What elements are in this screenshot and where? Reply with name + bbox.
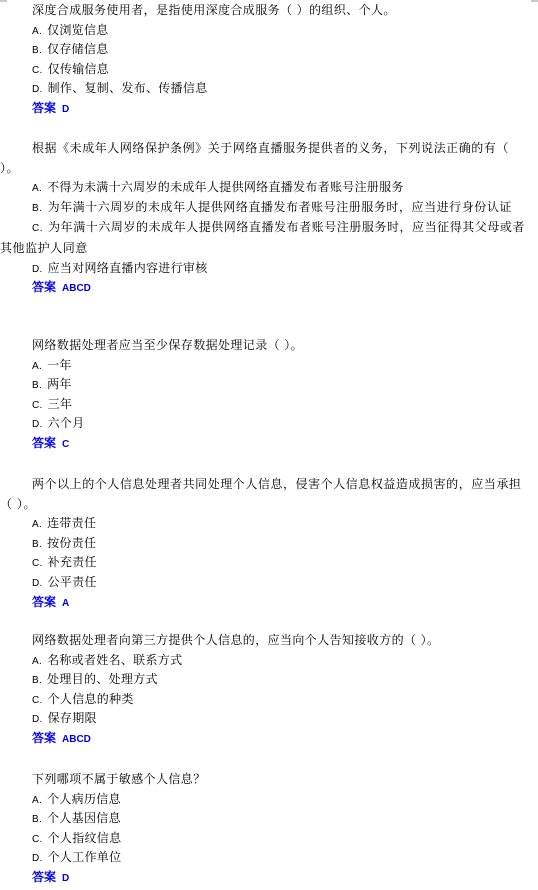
option-letter: D. <box>32 714 43 725</box>
option-letter: C. <box>32 558 43 569</box>
option-text: 个人病历信息 <box>47 792 121 806</box>
question-3: 网络数据处理者应当至少保存数据处理记录（ ）。 A.一年 B.两年 C.三年 D… <box>0 336 538 454</box>
option-d: D.公平责任 <box>0 573 538 593</box>
answer-line: 答案A <box>0 593 538 613</box>
question-5: 网络数据处理者向第三方提供个人信息的，应当向个人告知接收方的（ ）。 A.名称或… <box>0 631 538 749</box>
option-d: D.保存期限 <box>0 709 538 729</box>
option-a: A.名称或者姓名、联系方式 <box>0 651 538 671</box>
option-text: 仅传输信息 <box>48 62 110 76</box>
option-letter: C. <box>32 834 43 845</box>
answer-value: D <box>62 104 69 115</box>
option-b: B.按份责任 <box>0 534 538 554</box>
option-letter: A. <box>32 656 42 667</box>
option-c: C.补充责任 <box>0 553 538 573</box>
question-stem: 两个以上的个人信息处理者共同处理个人信息，侵害个人信息权益造成损害的，应当承担（… <box>0 475 532 514</box>
option-letter: B. <box>32 814 42 825</box>
option-text: 不得为未满十六周岁的未成年人提供网络直播发布者账号注册服务 <box>47 180 404 194</box>
option-letter: B. <box>32 380 42 391</box>
option-c: C.个人指纹信息 <box>0 829 538 849</box>
answer-label: 答案 <box>32 731 56 745</box>
option-letter: D. <box>32 264 43 275</box>
option-d: D.个人工作单位 <box>0 848 538 868</box>
option-b: B.处理目的、处理方式 <box>0 670 538 690</box>
option-a: A.一年 <box>0 356 538 376</box>
option-d: D.制作、复制、发布、传播信息 <box>0 79 538 99</box>
question-1: 深度合成服务使用者，是指使用深度合成服务（ ）的组织、个人。 A.仅浏览信息 B… <box>0 1 538 119</box>
option-text: 按份责任 <box>47 536 96 550</box>
option-b: B.两年 <box>0 375 538 395</box>
option-b: B.个人基因信息 <box>0 809 538 829</box>
option-letter: A. <box>32 795 42 806</box>
option-d: D.六个月 <box>0 414 538 434</box>
option-text: 处理目的、处理方式 <box>47 672 158 686</box>
answer-label: 答案 <box>32 436 56 450</box>
question-stem: 网络数据处理者向第三方提供个人信息的，应当向个人告知接收方的（ ）。 <box>0 631 538 651</box>
option-c: C.仅传输信息 <box>0 60 538 80</box>
option-letter: D. <box>32 419 43 430</box>
option-letter: A. <box>32 26 42 37</box>
question-2: 根据《未成年人网络保护条例》关于网络直播服务提供者的义务，下列说法正确的有（ ）… <box>0 139 538 298</box>
option-letter: A. <box>32 183 42 194</box>
option-letter: D. <box>32 84 43 95</box>
option-letter: D. <box>32 578 43 589</box>
option-text: 为年满十六周岁的未成年人提供网络直播发布者账号注册服务时，应当进行身份认证 <box>48 200 512 214</box>
option-text: 补充责任 <box>48 555 97 569</box>
option-letter: B. <box>32 675 42 686</box>
answer-line: 答案C <box>0 434 538 454</box>
option-text: 应当对网络直播内容进行审核 <box>48 261 208 275</box>
answer-value: ABCD <box>62 734 91 745</box>
option-text: 名称或者姓名、联系方式 <box>47 653 182 667</box>
answer-label: 答案 <box>32 595 56 609</box>
option-text: 个人信息的种类 <box>48 692 134 706</box>
option-text: 连带责任 <box>47 516 96 530</box>
option-text: 六个月 <box>48 416 85 430</box>
option-text: 个人基因信息 <box>47 811 121 825</box>
answer-label: 答案 <box>32 101 56 115</box>
option-c: C.个人信息的种类 <box>0 690 538 710</box>
option-a: A.不得为未满十六周岁的未成年人提供网络直播发布者账号注册服务 <box>0 178 538 198</box>
question-4: 两个以上的个人信息处理者共同处理个人信息，侵害个人信息权益造成损害的，应当承担（… <box>0 475 538 612</box>
question-stem: 下列哪项不属于敏感个人信息？ <box>0 770 538 790</box>
option-letter: B. <box>32 45 42 56</box>
question-6: 下列哪项不属于敏感个人信息？ A.个人病历信息 B.个人基因信息 C.个人指纹信… <box>0 770 538 888</box>
option-text: 为年满十六周岁的未成年人提供网络直播发布者账号注册服务时，应当征得其父母或者其他… <box>0 220 525 255</box>
answer-label: 答案 <box>32 280 56 294</box>
option-letter: C. <box>32 223 43 234</box>
answer-line: 答案ABCD <box>0 278 538 298</box>
option-letter: A. <box>32 361 42 372</box>
question-stem: 网络数据处理者应当至少保存数据处理记录（ ）。 <box>0 336 538 356</box>
answer-value: A <box>62 598 69 609</box>
answer-value: C <box>62 439 69 450</box>
option-text: 三年 <box>48 397 73 411</box>
option-c: C.为年满十六周岁的未成年人提供网络直播发布者账号注册服务时，应当征得其父母或者… <box>0 218 532 258</box>
answer-value: ABCD <box>62 283 91 294</box>
option-a: A.仅浏览信息 <box>0 21 538 41</box>
option-text: 制作、复制、发布、传播信息 <box>48 81 208 95</box>
answer-line: 答案D <box>0 868 538 888</box>
option-d: D.应当对网络直播内容进行审核 <box>0 259 538 279</box>
option-b: B.仅存储信息 <box>0 40 538 60</box>
option-c: C.三年 <box>0 395 538 415</box>
option-letter: B. <box>32 539 42 550</box>
option-text: 仅浏览信息 <box>47 23 109 37</box>
option-letter: C. <box>32 400 43 411</box>
option-letter: C. <box>32 65 43 76</box>
answer-line: 答案D <box>0 99 538 119</box>
question-stem: 根据《未成年人网络保护条例》关于网络直播服务提供者的义务，下列说法正确的有（ ）… <box>0 139 532 178</box>
answer-value: D <box>62 873 69 884</box>
option-text: 公平责任 <box>48 575 97 589</box>
question-stem: 深度合成服务使用者，是指使用深度合成服务（ ）的组织、个人。 <box>0 1 538 21</box>
option-text: 两年 <box>47 377 72 391</box>
answer-line: 答案ABCD <box>0 729 538 749</box>
option-a: A.个人病历信息 <box>0 790 538 810</box>
answer-label: 答案 <box>32 870 56 884</box>
option-letter: B. <box>32 203 43 214</box>
option-letter: A. <box>32 519 42 530</box>
option-text: 保存期限 <box>48 711 97 725</box>
option-text: 一年 <box>47 358 72 372</box>
option-text: 个人指纹信息 <box>48 831 122 845</box>
option-b: B.为年满十六周岁的未成年人提供网络直播发布者账号注册服务时，应当进行身份认证 <box>0 198 532 219</box>
option-letter: D. <box>32 853 43 864</box>
option-text: 个人工作单位 <box>48 850 122 864</box>
option-a: A.连带责任 <box>0 514 538 534</box>
option-text: 仅存储信息 <box>47 42 109 56</box>
option-letter: C. <box>32 695 43 706</box>
